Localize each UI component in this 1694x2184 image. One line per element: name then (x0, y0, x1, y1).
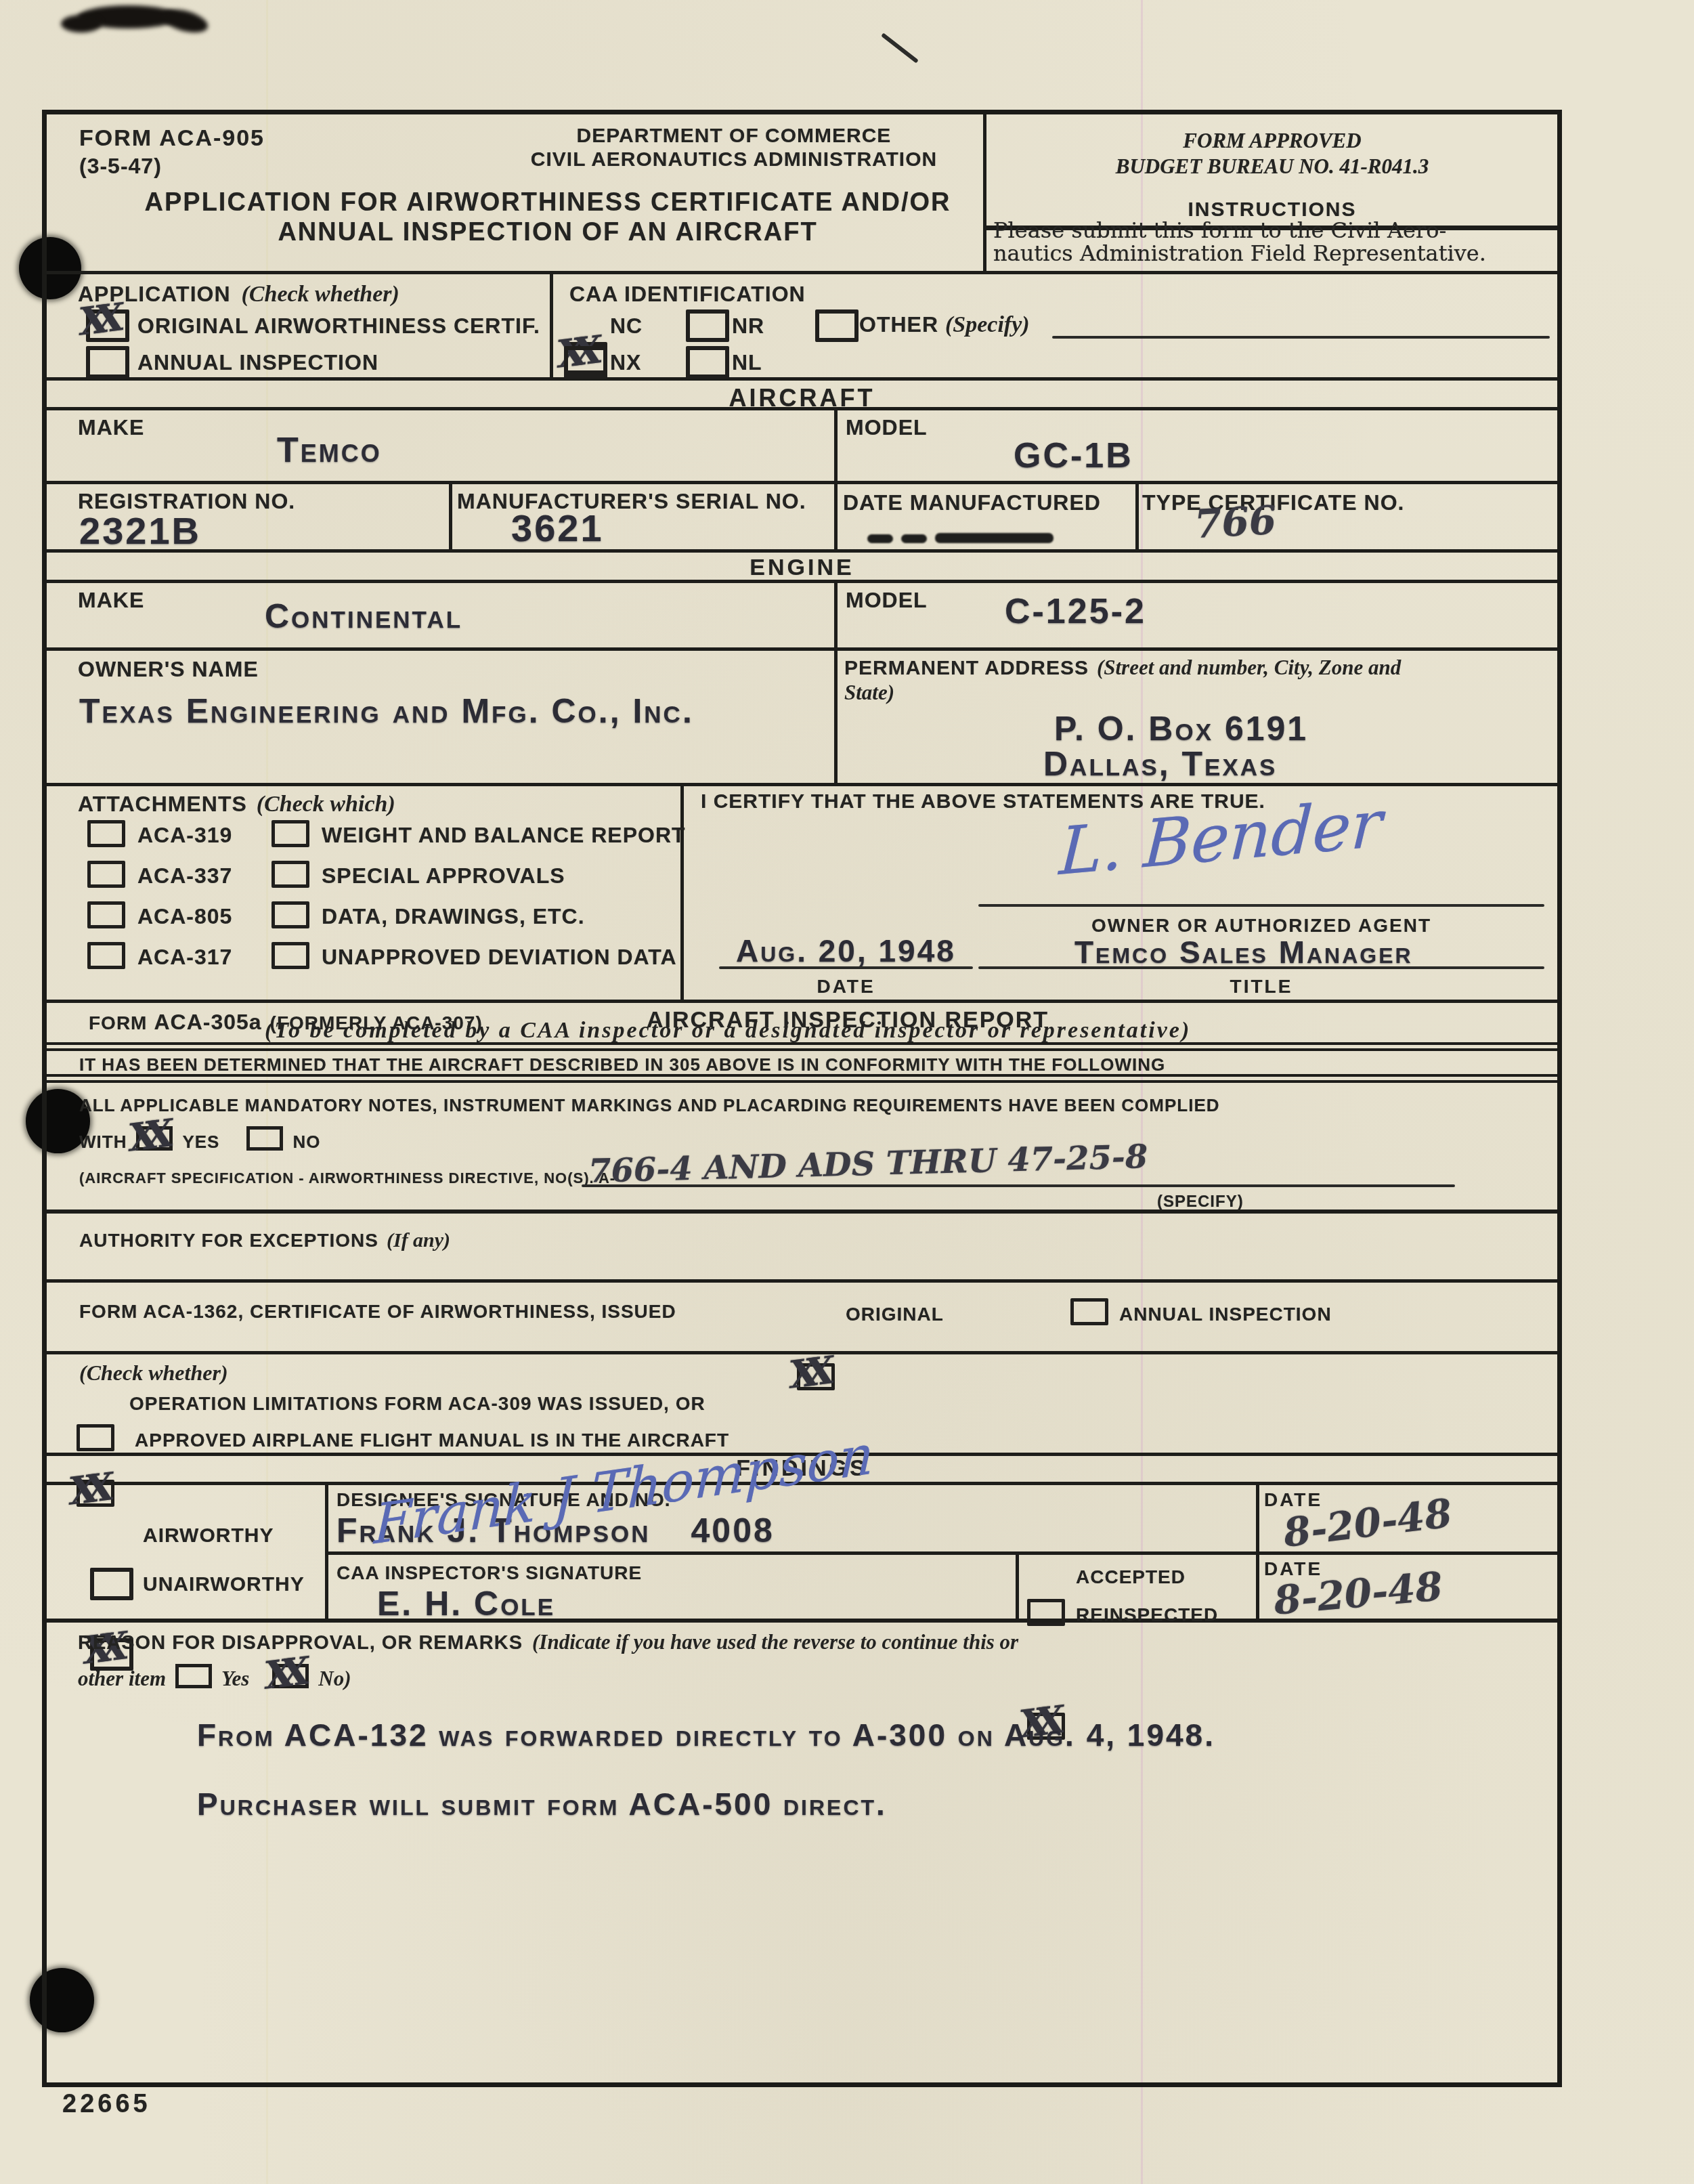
title-line[interactable] (978, 966, 1544, 969)
date-manufactured-label: DATE MANUFACTURED (843, 490, 1101, 515)
checkbox-issued-annual[interactable] (1070, 1298, 1108, 1325)
remarks-typed-line1: From ACA-132 was forwarded directly to A… (197, 1717, 1215, 1753)
remarks-label-line1: REASON FOR DISAPPROVAL, OR REMARKS(Indic… (78, 1630, 1018, 1654)
inspection-subtitle: (To be completed by a CAA inspector or a… (265, 1018, 1191, 1044)
spec-value: 766-4 AND ADS THRU 47-25-8 (588, 1138, 1148, 1191)
grid-line (1256, 1482, 1259, 1619)
issued-annual-label: ANNUAL INSPECTION (1119, 1304, 1332, 1325)
flight-manual-label: APPROVED AIRPLANE FLIGHT MANUAL IS IN TH… (135, 1430, 729, 1451)
nl-label: NL (732, 350, 762, 375)
nx-label: NX (610, 350, 641, 375)
remarks-label-line2: other itemYesNo) (78, 1664, 351, 1691)
spec-caption: (SPECIFY) (1157, 1193, 1244, 1212)
form-number: FORM ACA-905 (79, 125, 265, 152)
remarks-typed-line2: Purchaser will submit form ACA-500 direc… (197, 1786, 887, 1822)
form-approved-line1: FORM APPROVED (988, 128, 1557, 154)
address-line1: P. O. Box 6191 (1054, 709, 1308, 748)
checkbox-issued-original[interactable] (797, 1363, 835, 1390)
date-line[interactable] (719, 966, 973, 969)
grid-line (47, 1048, 1557, 1051)
signature-line[interactable] (978, 904, 1544, 907)
grid-line (834, 407, 838, 549)
form-approved-line2: BUDGET BUREAU NO. 41-R041.3 (988, 154, 1557, 179)
engine-model-value: C-125-2 (1005, 591, 1146, 632)
department-line2: CIVIL AERONAUTICS ADMINISTRATION (480, 148, 988, 171)
check-whether-note: (Check whether) (79, 1361, 228, 1386)
checkbox-aca-319[interactable] (87, 820, 125, 847)
page-title-line1: APPLICATION FOR AIRWORTHINESS CERTIFICAT… (111, 188, 984, 217)
engine-make-label: MAKE (78, 588, 144, 613)
unairworthy-label: UNAIRWORTHY (143, 1573, 305, 1596)
owner-name-value: Texas Engineering and Mfg. Co., Inc. (79, 691, 694, 731)
determined-line: IT HAS BEEN DETERMINED THAT THE AIRCRAFT… (79, 1054, 1165, 1075)
engine-make-value: Continental (265, 597, 462, 636)
engine-section-title: ENGINE (47, 555, 1557, 581)
permanent-address-label-line2: State) (844, 681, 894, 705)
grid-line (449, 481, 452, 549)
grid-line (47, 1209, 1557, 1214)
checkbox-unairworthy[interactable] (90, 1568, 133, 1600)
original-airworthiness-label: ORIGINAL AIRWORTHINESS CERTIF. (137, 314, 540, 339)
annual-inspection-label: ANNUAL INSPECTION (137, 350, 378, 375)
checkbox-special-approvals[interactable] (272, 861, 309, 888)
checkbox-aca-317[interactable] (87, 942, 125, 969)
strikethrough-mark (867, 534, 893, 543)
authority-label: AUTHORITY FOR EXCEPTIONS(If any) (79, 1229, 450, 1252)
strikethrough-mark (901, 534, 927, 543)
aircraft-model-label: MODEL (846, 415, 928, 440)
reinspected-label: REINSPECTED (1076, 1604, 1218, 1626)
grid-line (47, 377, 1557, 381)
unapproved-deviation-label: UNAPPROVED DEVIATION DATA (322, 945, 677, 970)
stray-pen-mark (881, 33, 919, 63)
permanent-address-label: PERMANENT ADDRESS(Street and number, Cit… (844, 656, 1401, 680)
serial-value: 3621 (511, 506, 604, 550)
aca-805-label: ACA-805 (137, 904, 232, 929)
address-line2: Dallas, Texas (1043, 744, 1277, 784)
date-caption: DATE (719, 976, 973, 998)
checkbox-aca-337[interactable] (87, 861, 125, 888)
data-drawings-label: DATA, DRAWINGS, ETC. (322, 904, 585, 929)
grid-line (47, 1619, 1557, 1623)
page-title: APPLICATION FOR AIRWORTHINESS CERTIFICAT… (111, 188, 984, 247)
grid-line (47, 271, 1557, 274)
instructions-line1: Please submit this form to the Civil Aer… (993, 217, 1446, 243)
type-certificate-value: 766 (1193, 497, 1277, 547)
checkbox-weight-balance[interactable] (272, 820, 309, 847)
checkbox-annual-inspection[interactable] (86, 346, 129, 379)
checkbox-unapproved-deviation[interactable] (272, 942, 309, 969)
grid-line (550, 271, 553, 377)
checkbox-operation-limitations[interactable] (77, 1480, 114, 1507)
aircraft-make-value: Temco (277, 430, 382, 471)
operation-limitations-label: OPERATION LIMITATIONS FORM ACA-309 WAS I… (129, 1393, 705, 1415)
grid-line (47, 783, 1557, 786)
title-caption: TITLE (978, 976, 1544, 998)
department-name: DEPARTMENT OF COMMERCE CIVIL AERONAUTICS… (480, 124, 988, 171)
engine-model-label: MODEL (846, 588, 928, 613)
weight-balance-label: WEIGHT AND BALANCE REPORT (322, 823, 686, 848)
grid-line (680, 783, 684, 1000)
form-document: FORM ACA-905 (3-5-47) DEPARTMENT OF COMM… (42, 110, 1562, 2087)
ink-smudge (159, 5, 210, 37)
checkbox-compliance-yes[interactable] (136, 1126, 173, 1151)
grid-line (47, 1000, 1557, 1003)
attachments-label: ATTACHMENTS(Check which) (78, 792, 395, 817)
ink-smudge (61, 15, 102, 33)
aca-317-label: ACA-317 (137, 945, 232, 970)
checkbox-compliance-no[interactable] (246, 1126, 283, 1151)
page-title-line2: ANNUAL INSPECTION OF AN AIRCRAFT (111, 217, 984, 247)
spec-line[interactable] (582, 1184, 1455, 1187)
other-label: OTHER(Specify) (859, 312, 1030, 338)
checkbox-original-airworthiness[interactable] (86, 309, 129, 342)
grid-line (47, 481, 1557, 484)
scanned-form-page: 22665 FORM ACA-905 (0, 0, 1694, 2184)
airworthy-label: AIRWORTHY (143, 1524, 274, 1547)
nc-label: NC (610, 314, 643, 339)
certification-title-value: Temco Sales Manager (1074, 934, 1413, 970)
owner-name-label: OWNER'S NAME (78, 657, 259, 682)
checkbox-remarks-yes[interactable] (175, 1664, 212, 1688)
form-edition-date: (3-5-47) (79, 154, 162, 179)
inspector-signature-label: CAA INSPECTOR'S SIGNATURE (336, 1562, 642, 1584)
instructions-line2: nautics Administration Field Representat… (993, 240, 1486, 266)
grid-line (47, 1279, 1557, 1283)
checkbox-flight-manual[interactable] (77, 1424, 114, 1451)
grid-line (325, 1482, 328, 1619)
compliance-line: ALL APPLICABLE MANDATORY NOTES, INSTRUME… (79, 1095, 1220, 1116)
aca-337-label: ACA-337 (137, 863, 232, 888)
aca-1362-label: FORM ACA-1362, CERTIFICATE OF AIRWORTHIN… (79, 1301, 676, 1323)
serial-label: MANUFACTURER'S SERIAL NO. (457, 489, 806, 514)
checkbox-nx[interactable] (564, 346, 607, 379)
checkbox-reinspected[interactable] (1027, 1599, 1065, 1626)
nr-label: NR (732, 314, 764, 339)
aircraft-model-value: GC-1B (1014, 435, 1133, 476)
aca-319-label: ACA-319 (137, 823, 232, 848)
checkbox-data-drawings[interactable] (272, 901, 309, 928)
inspector-typed-name: E. H. Cole (377, 1584, 555, 1623)
stamp-number: 22665 (62, 2090, 151, 2119)
caa-identification-label: CAA IDENTIFICATION (569, 282, 806, 307)
checkbox-aca-805[interactable] (87, 901, 125, 928)
grid-line (1135, 481, 1139, 549)
grid-line (325, 1551, 1557, 1555)
aircraft-make-label: MAKE (78, 415, 144, 440)
registration-value: 2321B (79, 509, 201, 553)
grid-line (1016, 1551, 1019, 1619)
checkbox-other[interactable] (815, 309, 859, 342)
accepted-label: ACCEPTED (1076, 1566, 1186, 1588)
spec-label: (AIRCRAFT SPECIFICATION - AIRWORTHINESS … (79, 1170, 615, 1187)
strikethrough-mark (935, 533, 1054, 543)
form-approved-box: FORM APPROVED BUDGET BUREAU NO. 41-R041.… (988, 128, 1557, 179)
checkbox-remarks-no[interactable] (272, 1664, 309, 1688)
issued-original-label: ORIGINAL (846, 1304, 944, 1325)
checkbox-nr[interactable] (686, 309, 729, 342)
grid-line (834, 580, 838, 783)
aircraft-section-title: AIRCRAFT (47, 384, 1557, 412)
compliance-with-line: WITHYESNO (79, 1126, 320, 1153)
application-section-label: APPLICATION(Check whether) (78, 282, 399, 307)
special-approvals-label: SPECIAL APPROVALS (322, 863, 565, 888)
other-specify-line[interactable] (1052, 336, 1550, 339)
department-line1: DEPARTMENT OF COMMERCE (480, 124, 988, 148)
certification-date-value: Aug. 20, 1948 (736, 933, 956, 969)
grid-line (47, 549, 1557, 553)
checkbox-nl[interactable] (686, 346, 729, 379)
grid-line (47, 1080, 1557, 1083)
grid-line (47, 647, 1557, 651)
